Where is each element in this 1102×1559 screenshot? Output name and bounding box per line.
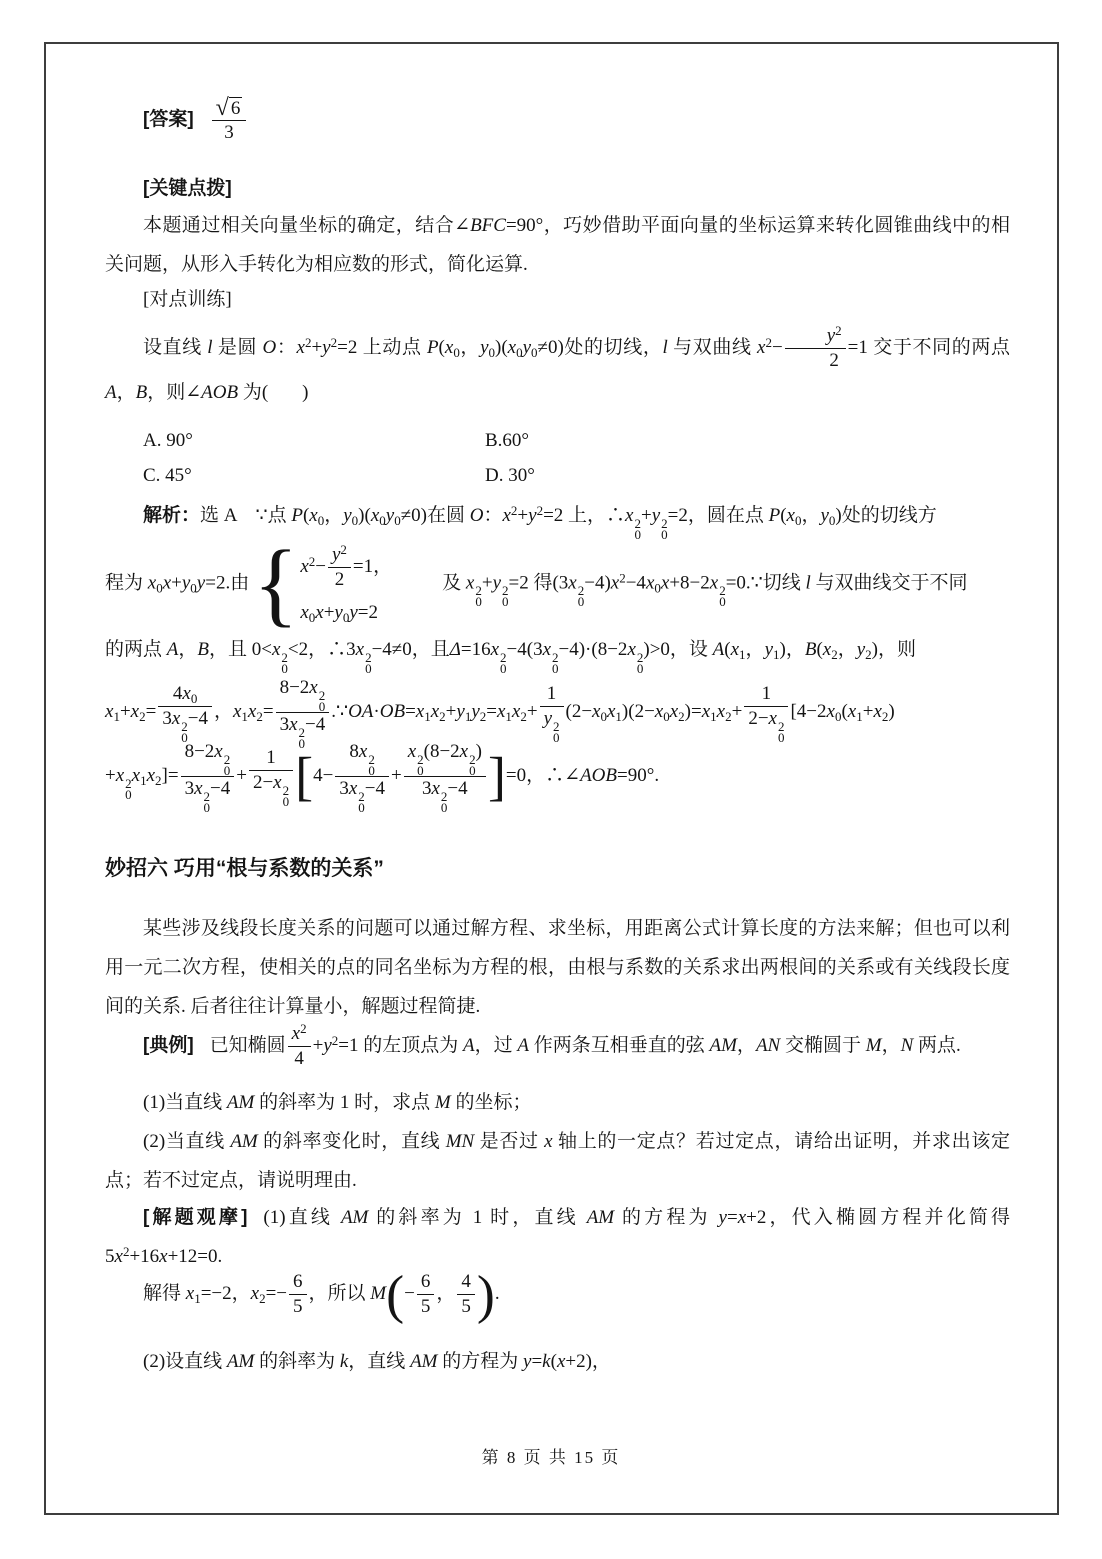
fraction-numerator: 1 [540,682,564,707]
math-variable: x [273,772,281,793]
big-delimiter: ] [488,747,506,807]
fraction: 65 [289,1270,307,1319]
sup-sub-stack: 20 [224,754,231,776]
radical-sign-icon: √ [216,97,229,119]
block-section-para: 某些涉及线段长度关系的问题可以通过解方程、求坐标，用距离公式计算长度的方法来解；… [105,909,1010,1026]
fraction: 4x03x20−4 [158,682,212,743]
math-variable: OA [348,701,373,722]
subscript: 0 [829,513,836,528]
math-variable: x [661,572,669,593]
sup-sub-stack: 20 [475,585,482,607]
fraction: 1y20 [540,682,564,743]
math-variable: x [787,505,795,526]
math-variable: x [568,572,576,593]
sup-sub-stack: 20 [283,785,290,807]
math-variable: AM [230,1131,257,1152]
brace-icon: { [253,540,298,628]
superscript: 2 [309,553,316,568]
math-variable: y [334,602,342,623]
math-variable: M [435,1092,451,1113]
math-variable: BFC [470,215,506,236]
fraction: 65 [417,1270,435,1319]
fraction-numerator: √6 [212,96,247,121]
math-variable: x [359,741,367,762]
math-variable: A [463,1035,475,1056]
math-variable: y [343,505,351,526]
sup-sub-stack: 20 [365,652,372,674]
math-variable: x [251,1283,259,1304]
stack-sub: 0 [358,802,365,813]
math-variable: x [655,701,663,722]
block-keypoint-para: 本题通过相关向量坐标的确定，结合∠BFC=90°，巧妙借助平面向量的坐标运算来转… [105,206,1010,284]
block-options-row1: A. 90°B.60° [105,428,1048,454]
math-variable: y [820,505,828,526]
equation-row: x0x+y0y=2 [300,600,392,626]
math-variable: B [805,639,817,660]
math-variable: x [115,1246,123,1267]
block-keypoint-label: [关键点拨] [105,176,1048,202]
math-variable: x [491,639,499,660]
stack-sub: 0 [719,596,726,607]
math-variable: A [713,639,725,660]
subscript: 2 [480,709,487,724]
fraction-numerator: 1 [249,746,293,771]
subscript: 2 [865,647,872,662]
math-variable: B [136,382,148,403]
fraction-numerator: 4x0 [158,682,212,707]
radical: √6 [216,97,243,120]
fraction-numerator: x20(8−2x20) [404,740,486,777]
block-section-heading: 妙招六 巧用“根与系数的关系” [105,852,1010,882]
superscript: 2 [619,570,626,585]
math-variable: x [431,701,439,722]
subscript: 2 [439,709,446,724]
math-variable: AM [587,1207,614,1228]
block-jiexi-l3: 的两点 A，B，且 0<x20<2，∴3x20−4≠0，且Δ=16x20−4(3… [105,637,1010,674]
stack-sub: 0 [441,802,448,813]
fraction-denominator: 3x20−4 [181,777,235,813]
block-dianli-line: [典例]已知椭圆x24+y2=1 的左顶点为 A，过 A 作两条互相垂直的弦 A… [105,1022,1048,1071]
math-variable: y [523,1351,531,1372]
stack-sub: 0 [319,701,326,712]
fraction: 12−x20 [744,682,788,743]
sup-sub-stack: 20 [661,518,668,540]
math-variable: A [105,382,117,403]
math-variable: AN [756,1035,780,1056]
superscript: 2 [340,542,347,557]
subscript: 1 [194,1291,201,1306]
fraction: 8x203x20−4 [335,740,389,813]
sup-sub-stack: 20 [469,754,476,776]
math-variable: x [356,639,364,660]
math-variable: x [827,701,835,722]
math-variable: y [386,505,394,526]
math-variable: y [719,1207,727,1228]
sup-sub-stack: 20 [204,791,211,813]
subscript: 2 [678,709,685,724]
fraction: 8−2x203x20−4 [181,740,235,813]
math-variable: x [147,765,155,786]
math-variable: x [194,778,202,799]
math-variable: x [823,639,831,660]
math-variable: O [263,337,277,358]
math-variable: l [806,572,811,593]
stack-sub: 0 [283,796,290,807]
math-variable: x [873,701,881,722]
math-variable: AM [227,1092,254,1113]
page-footer: 第 8 页 共 15 页 [0,1443,1102,1468]
math-variable: x [300,555,308,576]
math-variable: x [315,602,323,623]
block-q2k-line: (2)设直线 AM 的斜率为 k，直线 AM 的方程为 y=k(x+2)， [105,1349,1048,1375]
math-variable: P [769,505,781,526]
sup-sub-stack: 20 [502,585,509,607]
equation-row: x2−y22=1， [300,543,392,592]
math-variable: x [702,701,710,722]
math-variable: OB [380,701,405,722]
fraction-denominator: 3x20−4 [158,707,212,743]
math-variable: x [172,708,180,729]
math-variable: x [460,741,468,762]
math-variable: x [148,572,156,593]
stack-sub: 0 [417,765,424,776]
big-delimiter: ( [386,1265,404,1325]
math-variable: y [480,337,488,358]
stack-sub: 0 [500,663,507,674]
superscript: 2 [765,335,772,350]
math-variable: k [542,1351,550,1372]
sup-sub-stack: 20 [634,518,641,540]
math-variable: A [167,639,179,660]
fraction: 12−x20 [249,746,293,807]
superscript: 2 [332,1033,339,1048]
math-variable: AM [410,1351,437,1372]
fraction-numerator: 1 [744,682,788,707]
math-variable: y [456,701,464,722]
fraction-denominator: 3x20−4 [404,777,486,813]
fraction-numerator: 6 [417,1270,435,1295]
equation-system: {x2−y22=1，x0x+y0y=2 [253,540,392,628]
stack-sub: 0 [368,765,375,776]
fraction-numerator: 4 [457,1270,475,1295]
bold-label: [典例] [143,1035,194,1056]
math-variable: x [349,778,357,799]
fraction: y22 [328,543,351,592]
math-variable: x [670,701,678,722]
fraction-denominator: y20 [540,707,564,743]
superscript: 2 [537,503,544,518]
math-variable: x [557,1351,565,1372]
math-variable: M [370,1283,386,1304]
document-page: [答案]√63[关键点拨]本题通过相关向量坐标的确定，结合∠BFC=90°，巧妙… [0,0,1102,1559]
superscript: 2 [305,335,312,350]
math-variable: x [289,714,297,735]
subscript: 2 [520,709,527,724]
subscript: 0 [835,709,842,724]
math-variable: x [627,639,635,660]
subscript: 2 [155,773,162,788]
subscript: 2 [882,709,889,724]
math-variable: x [297,337,305,358]
block-q2-para: (2)当直线 AM 的斜率变化时，直线 MN 是否过 x 轴上的一定点？若过定点… [105,1122,1010,1200]
math-variable: AM [227,1351,254,1372]
math-variable: AM [341,1207,368,1228]
bold-label: [解题观摩] [143,1207,247,1228]
block-options-row2: C. 45°D. 30° [105,463,1048,489]
fraction-numerator: 8−2x20 [181,740,235,777]
fraction-denominator: 2−x20 [744,707,788,743]
subscript: 1 [739,647,746,662]
math-variable: AOB [580,765,617,786]
subscript: 0 [352,513,359,528]
block-answer-line: [答案]√63 [105,96,1048,145]
stack-sub: 0 [204,802,211,813]
math-variable: Δ [450,639,461,660]
math-variable: x [544,1131,552,1152]
sup-sub-stack: 20 [719,585,726,607]
stack-sub: 0 [469,765,476,776]
fraction-numerator: 8x20 [335,740,389,777]
math-variable: l [207,337,212,358]
sup-sub-stack: 20 [319,690,326,712]
math-variable: k [340,1351,348,1372]
subscript: 2 [139,709,146,724]
big-delimiter: ) [477,1265,495,1325]
sup-sub-stack: 20 [417,754,424,776]
stack-sub: 0 [552,663,559,674]
math-variable: y [528,505,536,526]
option-cell: C. 45° [143,463,485,489]
subscript: 2 [831,647,838,662]
equation-rows: x2−y22=1，x0x+y0y=2 [300,543,392,626]
math-variable: x [848,701,856,722]
subscript: 1 [856,709,863,724]
math-variable: x [371,505,379,526]
math-variable: y [765,639,773,660]
block-jiexi-l5: +x20x1x2]=8−2x203x20−4+12−x20[4−8x203x20… [105,740,1010,813]
option-cell: D. 30° [485,463,827,489]
math-variable: x [132,765,140,786]
fraction-denominator: 5 [289,1295,307,1319]
stack-sub: 0 [578,596,585,607]
superscript: 2 [835,323,842,338]
math-variable: x [466,572,474,593]
big-delimiter: [ [295,747,313,807]
fraction-denominator: 2−x20 [249,771,293,807]
fraction: 45 [457,1270,475,1319]
math-variable: x [309,505,317,526]
math-variable: x [416,701,424,722]
fraction-numerator: 6 [289,1270,307,1295]
math-variable: x [625,505,633,526]
subscript: 1 [113,709,120,724]
fraction-numerator: y2 [785,324,846,349]
math-variable: x [163,572,171,593]
math-variable: y [197,572,205,593]
sup-sub-stack: 20 [552,652,559,674]
math-variable: x [159,1246,167,1267]
sup-sub-stack: 20 [637,652,644,674]
subscript: 2 [725,709,732,724]
radicand: 6 [229,97,243,120]
superscript: 2 [300,1021,307,1036]
math-variable: B [197,639,209,660]
stack-sub: 0 [125,789,132,800]
stack-sub: 0 [637,663,644,674]
fraction-denominator: 5 [457,1295,475,1319]
subscript: 2 [259,1291,266,1306]
stack-sub: 0 [475,596,482,607]
math-variable: x [214,741,222,762]
fraction-denominator: 2 [328,568,351,592]
sup-sub-stack: 20 [500,652,507,674]
option-cell: B.60° [485,428,827,454]
math-variable: x [731,639,739,660]
sup-sub-stack: 20 [368,754,375,776]
math-variable: AOB [201,382,238,403]
stack-sub: 0 [224,765,231,776]
subscript: 0 [191,691,198,706]
subscript: 0 [531,345,538,360]
math-variable: y [471,701,479,722]
fraction: x20(8−2x20)3x20−4 [404,740,486,813]
math-variable: x [408,741,416,762]
math-variable: MN [446,1131,475,1152]
math-variable: x [431,778,439,799]
math-variable: x [186,1283,194,1304]
option-cell: A. 90° [143,428,485,454]
stack-sub: 0 [634,529,641,540]
fraction-denominator: 2 [785,349,846,373]
fraction-numerator: 8−2x20 [276,676,330,713]
stack-sub: 0 [661,529,668,540]
math-variable: x [502,505,510,526]
math-variable: y [349,602,357,623]
math-variable: A [517,1035,529,1056]
block-jieti-para: [解题观摩](1)直线 AM 的斜率为 1 时，直线 AM 的方程为 y=x+2… [105,1198,1010,1276]
math-variable: O [470,505,484,526]
stack-sub: 0 [502,596,509,607]
math-variable: x [292,1023,300,1044]
document-content: [答案]√63[关键点拨]本题通过相关向量坐标的确定，结合∠BFC=90°，巧妙… [0,0,1102,1559]
math-variable: x [300,602,308,623]
block-jiexi-l4: x1+x2=4x03x20−4，x1x2=8−2x203x20−4.∵OA·OB… [105,676,1010,749]
math-variable: y [493,572,501,593]
math-variable: y [827,325,835,346]
math-variable: x [309,677,317,698]
fraction-denominator: 5 [417,1295,435,1319]
stack-sub: 0 [281,663,288,674]
subscript: 1 [773,647,780,662]
math-variable: y [857,639,865,660]
math-variable: y [523,337,531,358]
math-variable: x [710,572,718,593]
subscript: 0 [489,345,496,360]
subscript: 1 [615,709,622,724]
math-variable: y [652,505,660,526]
math-variable: y [322,337,330,358]
bold-label: [答案] [143,109,194,130]
fraction: 8−2x203x20−4 [276,676,330,749]
subscript: 2 [256,709,263,724]
fraction-denominator: 4 [288,1047,311,1071]
sup-sub-stack: 20 [578,585,585,607]
block-problem-para: 设直线 l 是圆 O：x2+y2=2 上动点 P(x0，y0)(x0y0≠0)处… [105,324,1010,412]
fraction: y22 [785,324,846,373]
math-variable: x [131,701,139,722]
sup-sub-stack: 20 [441,791,448,813]
stack-sub: 0 [365,663,372,674]
fraction-numerator: x2 [288,1022,311,1047]
math-variable: x [116,765,124,786]
math-variable: y [323,1035,331,1056]
math-variable: y [544,708,552,729]
subscript: 0 [394,513,401,528]
subscript: 0 [795,513,802,528]
block-jiexi-l1: 解析：选 A∵点 P(x0，y0)(x0y0≠0)在圆 O：x2+y2=2 上，… [105,503,1048,540]
block-jiexi-l2: 程为 x0x+y0y=2.由{x2−y22=1，x0x+y0y=2及 x20+y… [105,540,1010,628]
math-variable: x [717,701,725,722]
math-variable: M [866,1035,882,1056]
sup-sub-stack: 20 [358,791,365,813]
superscript: 2 [331,335,338,350]
math-variable: x [182,683,190,704]
block-q1-line: (1)当直线 AM 的斜率为 1 时，求点 M 的坐标； [105,1090,1048,1116]
math-variable: x [272,639,280,660]
fraction-denominator: 3 [212,121,247,145]
math-variable: AM [709,1035,736,1056]
subscript: 0 [318,513,325,528]
fraction-numerator: y2 [328,543,351,568]
bold-label: [关键点拨] [143,178,232,199]
math-variable: P [291,505,303,526]
fraction: √63 [212,96,247,145]
bold-label: 解析： [143,505,200,526]
superscript: 2 [511,503,518,518]
subscript: 0 [453,345,460,360]
sup-sub-stack: 20 [281,652,288,674]
math-variable: x [769,708,777,729]
fraction: x24 [288,1022,311,1071]
math-variable: P [427,337,439,358]
math-variable: x [738,1207,746,1228]
math-variable: x [611,572,619,593]
math-variable: x [508,337,516,358]
block-jiede-line: 解得 x1=−2，x2=−65，所以 M(−65，45). [105,1270,1048,1319]
block-duidian-label: [对点训练] [105,287,1048,313]
math-variable: x [543,639,551,660]
math-variable: l [663,337,668,358]
superscript: 2 [123,1244,130,1259]
math-variable: N [901,1035,914,1056]
fraction-denominator: 3x20−4 [335,777,389,813]
